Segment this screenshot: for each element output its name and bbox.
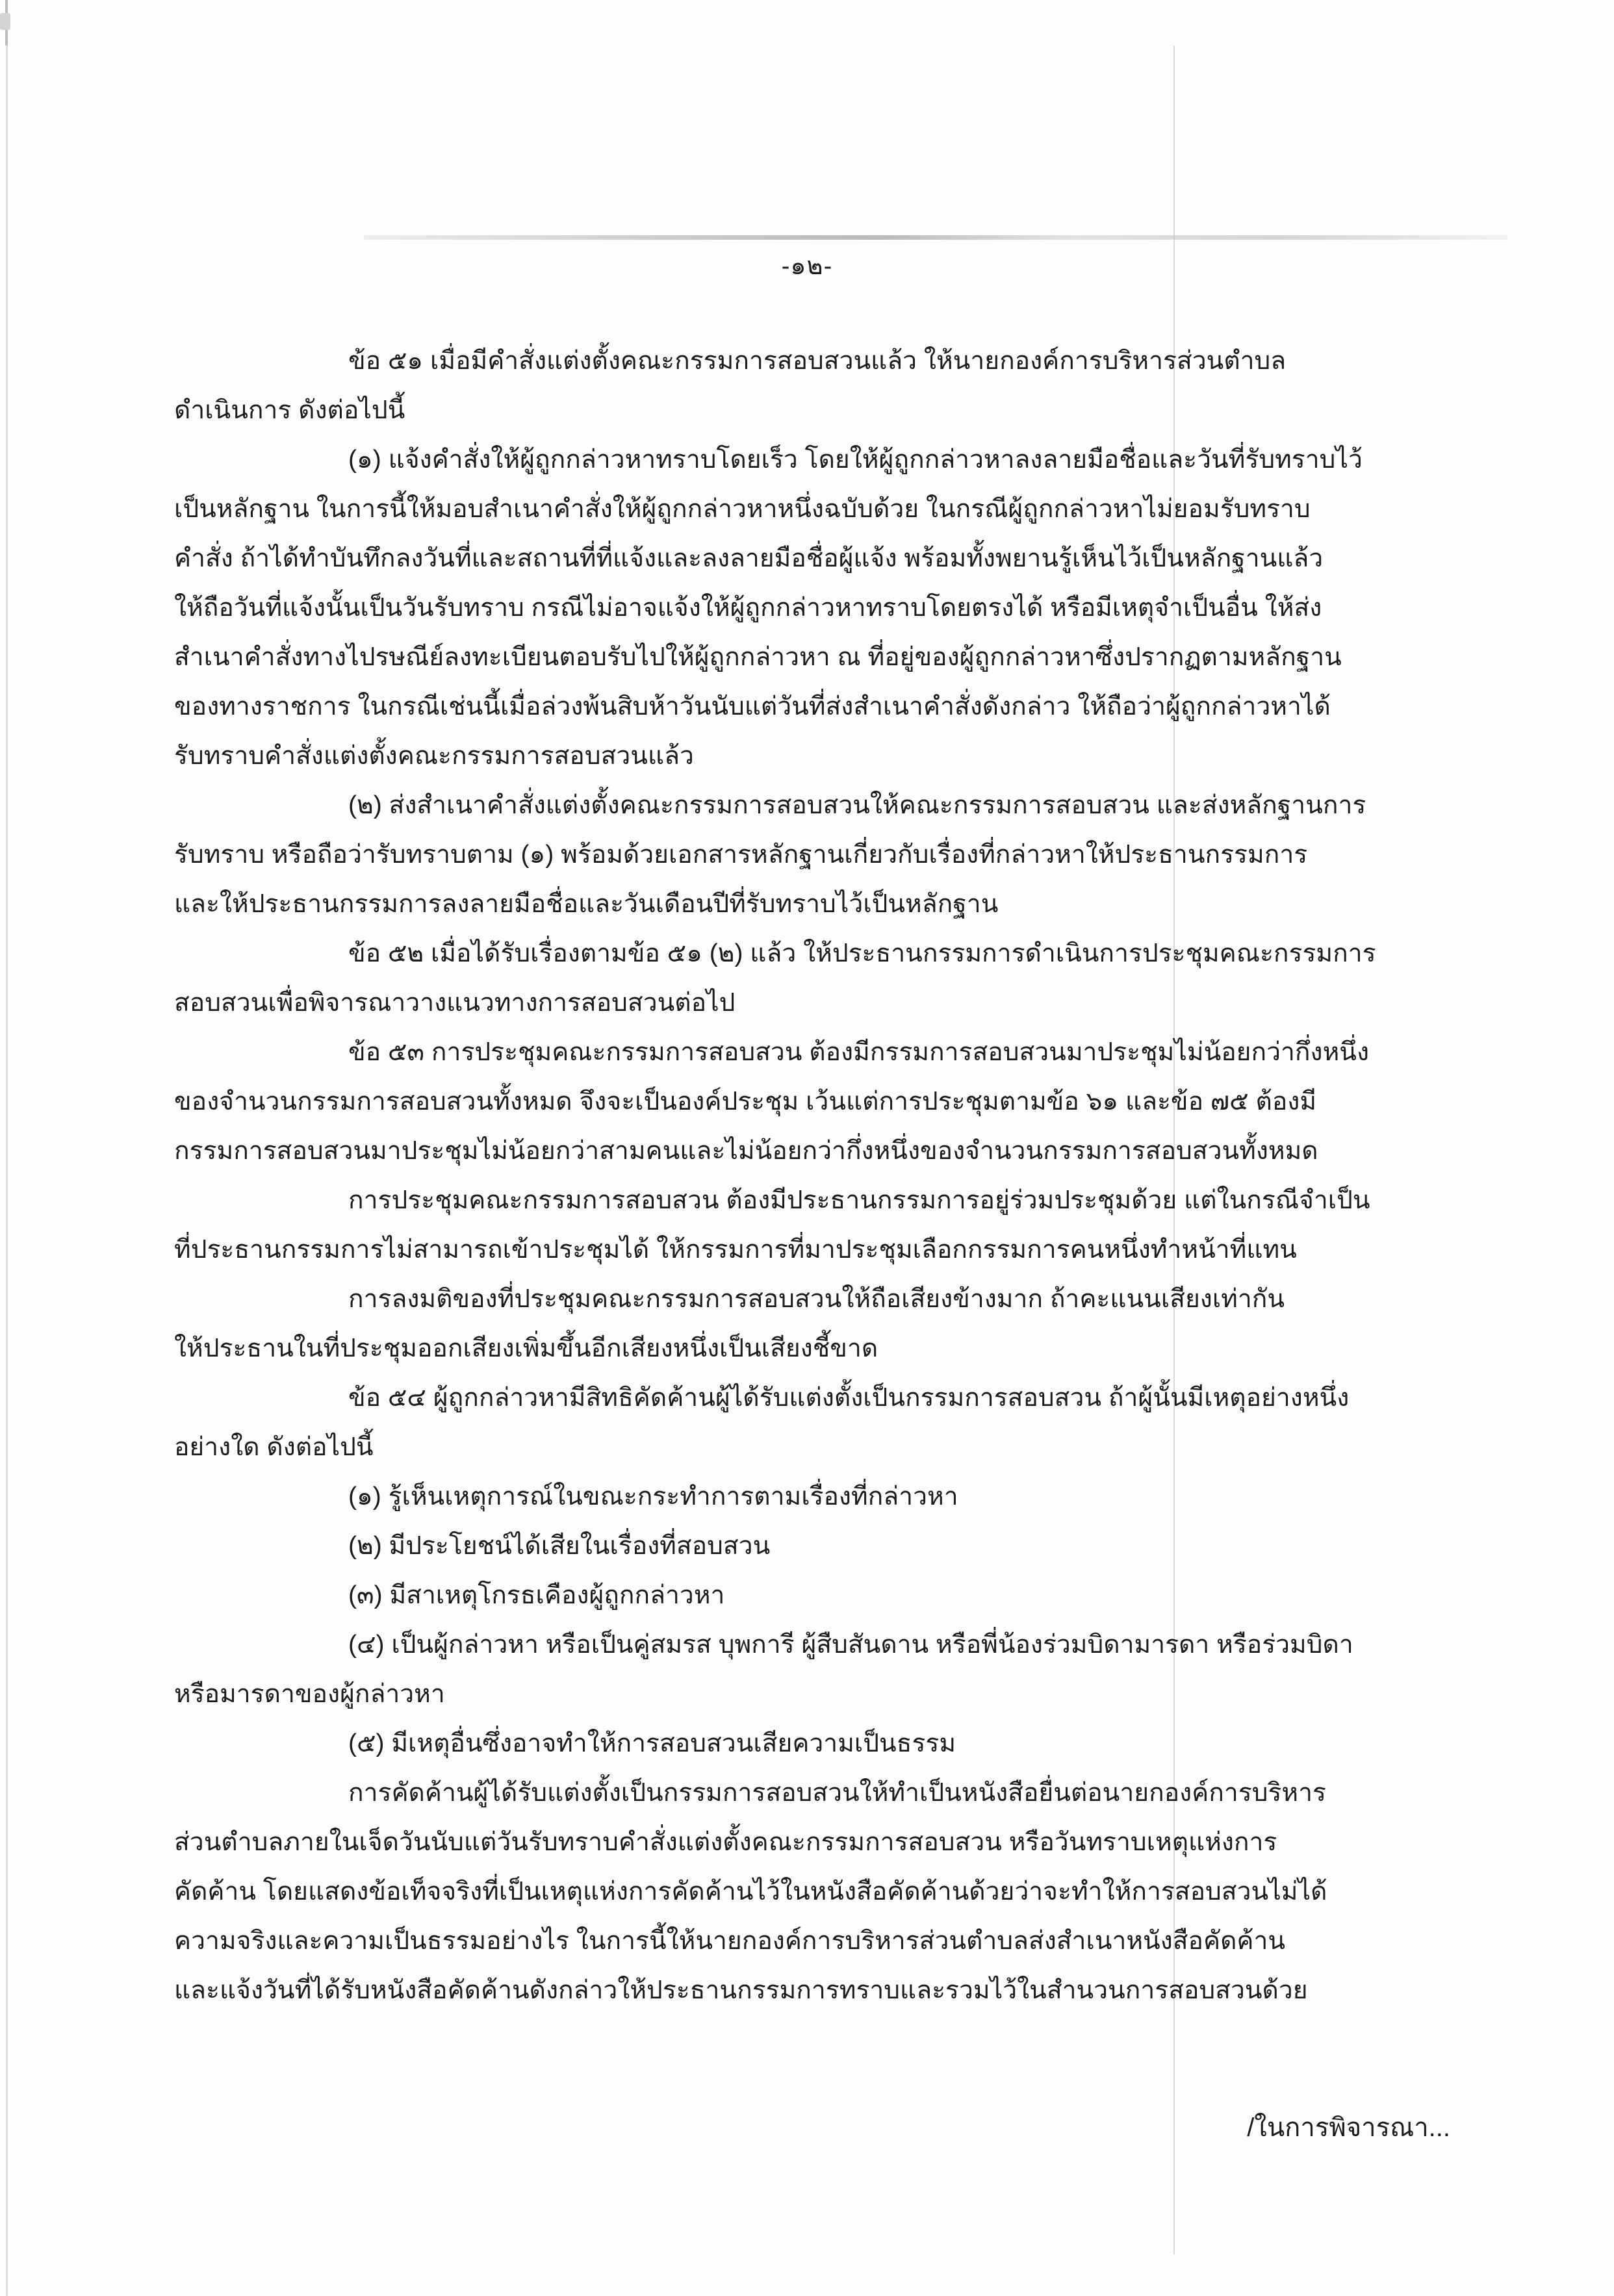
scan-corner-speck: [0, 13, 10, 30]
continuation-note: /ในการพิจารณา...: [1247, 2106, 1450, 2148]
document-body: ข้อ ๕๑ เมื่อมีคำสั่งแต่งตั้งคณะกรรมการสอ…: [174, 337, 1467, 2015]
text-line: รับทราบคำสั่งแต่งตั้งคณะกรรมการสอบสวนแล้…: [174, 732, 1467, 781]
text-line: ดำเนินการ ดังต่อไปนี้: [174, 386, 1467, 435]
text-line: รับทราบ หรือถือว่ารับทราบตาม (๑) พร้อมด้…: [174, 830, 1467, 880]
text-line: ให้ถือวันที่แจ้งนั้นเป็นวันรับทราบ กรณีไ…: [174, 583, 1467, 633]
text-line: การคัดค้านผู้ได้รับแต่งตั้งเป็นกรรมการสอ…: [174, 1768, 1467, 1818]
text-line: (๒) ส่งสำเนาคำสั่งแต่งตั้งคณะกรรมการสอบส…: [174, 781, 1467, 830]
text-line: ความจริงและความเป็นธรรมอย่างไร ในการนี้ใ…: [174, 1917, 1467, 1966]
text-line: (๒) มีประโยชน์ได้เสียในเรื่องที่สอบสวน: [174, 1522, 1467, 1571]
scanned-document-page: -๑๒- ข้อ ๕๑ เมื่อมีคำสั่งแต่งตั้งคณะกรรม…: [0, 0, 1614, 2296]
text-line: คัดค้าน โดยแสดงข้อเท็จจริงที่เป็นเหตุแห่…: [174, 1867, 1467, 1917]
text-line: การประชุมคณะกรรมการสอบสวน ต้องมีประธานกร…: [174, 1176, 1467, 1225]
text-line: ข้อ ๕๔ ผู้ถูกกล่าวหามีสิทธิคัดค้านผู้ได้…: [174, 1373, 1467, 1423]
text-line: และให้ประธานกรรมการลงลายมือชื่อและวันเดื…: [174, 880, 1467, 929]
text-line: สำเนาคำสั่งทางไปรษณีย์ลงทะเบียนตอบรับไปใ…: [174, 633, 1467, 682]
text-line: เป็นหลักฐาน ในการนี้ให้มอบสำเนาคำสั่งให้…: [174, 485, 1467, 534]
text-line: ข้อ ๕๓ การประชุมคณะกรรมการสอบสวน ต้องมีก…: [174, 1028, 1467, 1077]
text-line: คำสั่ง ถ้าได้ทำบันทึกลงวันที่และสถานที่ท…: [174, 534, 1467, 583]
text-line: หรือมารดาของผู้กล่าวหา: [174, 1670, 1467, 1719]
text-line: (๔) เป็นผู้กล่าวหา หรือเป็นคู่สมรส บุพกา…: [174, 1620, 1467, 1670]
text-line: (๕) มีเหตุอื่นซึ่งอาจทำให้การสอบสวนเสียค…: [174, 1719, 1467, 1768]
text-line: กรรมการสอบสวนมาประชุมไม่น้อยกว่าสามคนและ…: [174, 1127, 1467, 1176]
scan-horizontal-smudge: [364, 235, 1507, 240]
text-line: สอบสวนเพื่อพิจารณาวางแนวทางการสอบสวนต่อไ…: [174, 978, 1467, 1028]
text-line: อย่างใด ดังต่อไปนี้: [174, 1423, 1467, 1472]
text-line: ให้ประธานในที่ประชุมออกเสียงเพิ่มขึ้นอีก…: [174, 1324, 1467, 1373]
text-line: (๑) รู้เห็นเหตุการณ์ในขณะกระทำการตามเรื่…: [174, 1472, 1467, 1522]
text-line: การลงมติของที่ประชุมคณะกรรมการสอบสวนให้ถ…: [174, 1275, 1467, 1324]
page-number: -๑๒-: [0, 246, 1614, 285]
text-line: และแจ้งวันที่ได้รับหนังสือคัดค้านดังกล่า…: [174, 1966, 1467, 2015]
scan-edge-line: [6, 0, 8, 2296]
text-line: ของจำนวนกรรมการสอบสวนทั้งหมด จึงจะเป็นอง…: [174, 1077, 1467, 1127]
text-line: (๑) แจ้งคำสั่งให้ผู้ถูกกล่าวหาทราบโดยเร็…: [174, 435, 1467, 485]
text-line: ที่ประธานกรรมการไม่สามารถเข้าประชุมได้ ใ…: [174, 1225, 1467, 1275]
text-line: ข้อ ๕๒ เมื่อได้รับเรื่องตามข้อ ๕๑ (๒) แล…: [174, 929, 1467, 978]
text-line: ของทางราชการ ในกรณีเช่นนี้เมื่อล่วงพ้นสิ…: [174, 682, 1467, 732]
text-line: ข้อ ๕๑ เมื่อมีคำสั่งแต่งตั้งคณะกรรมการสอ…: [174, 337, 1467, 386]
text-line: ส่วนตำบลภายในเจ็ดวันนับแต่วันรับทราบคำสั…: [174, 1818, 1467, 1867]
text-line: (๓) มีสาเหตุโกรธเคืองผู้ถูกกล่าวหา: [174, 1571, 1467, 1620]
